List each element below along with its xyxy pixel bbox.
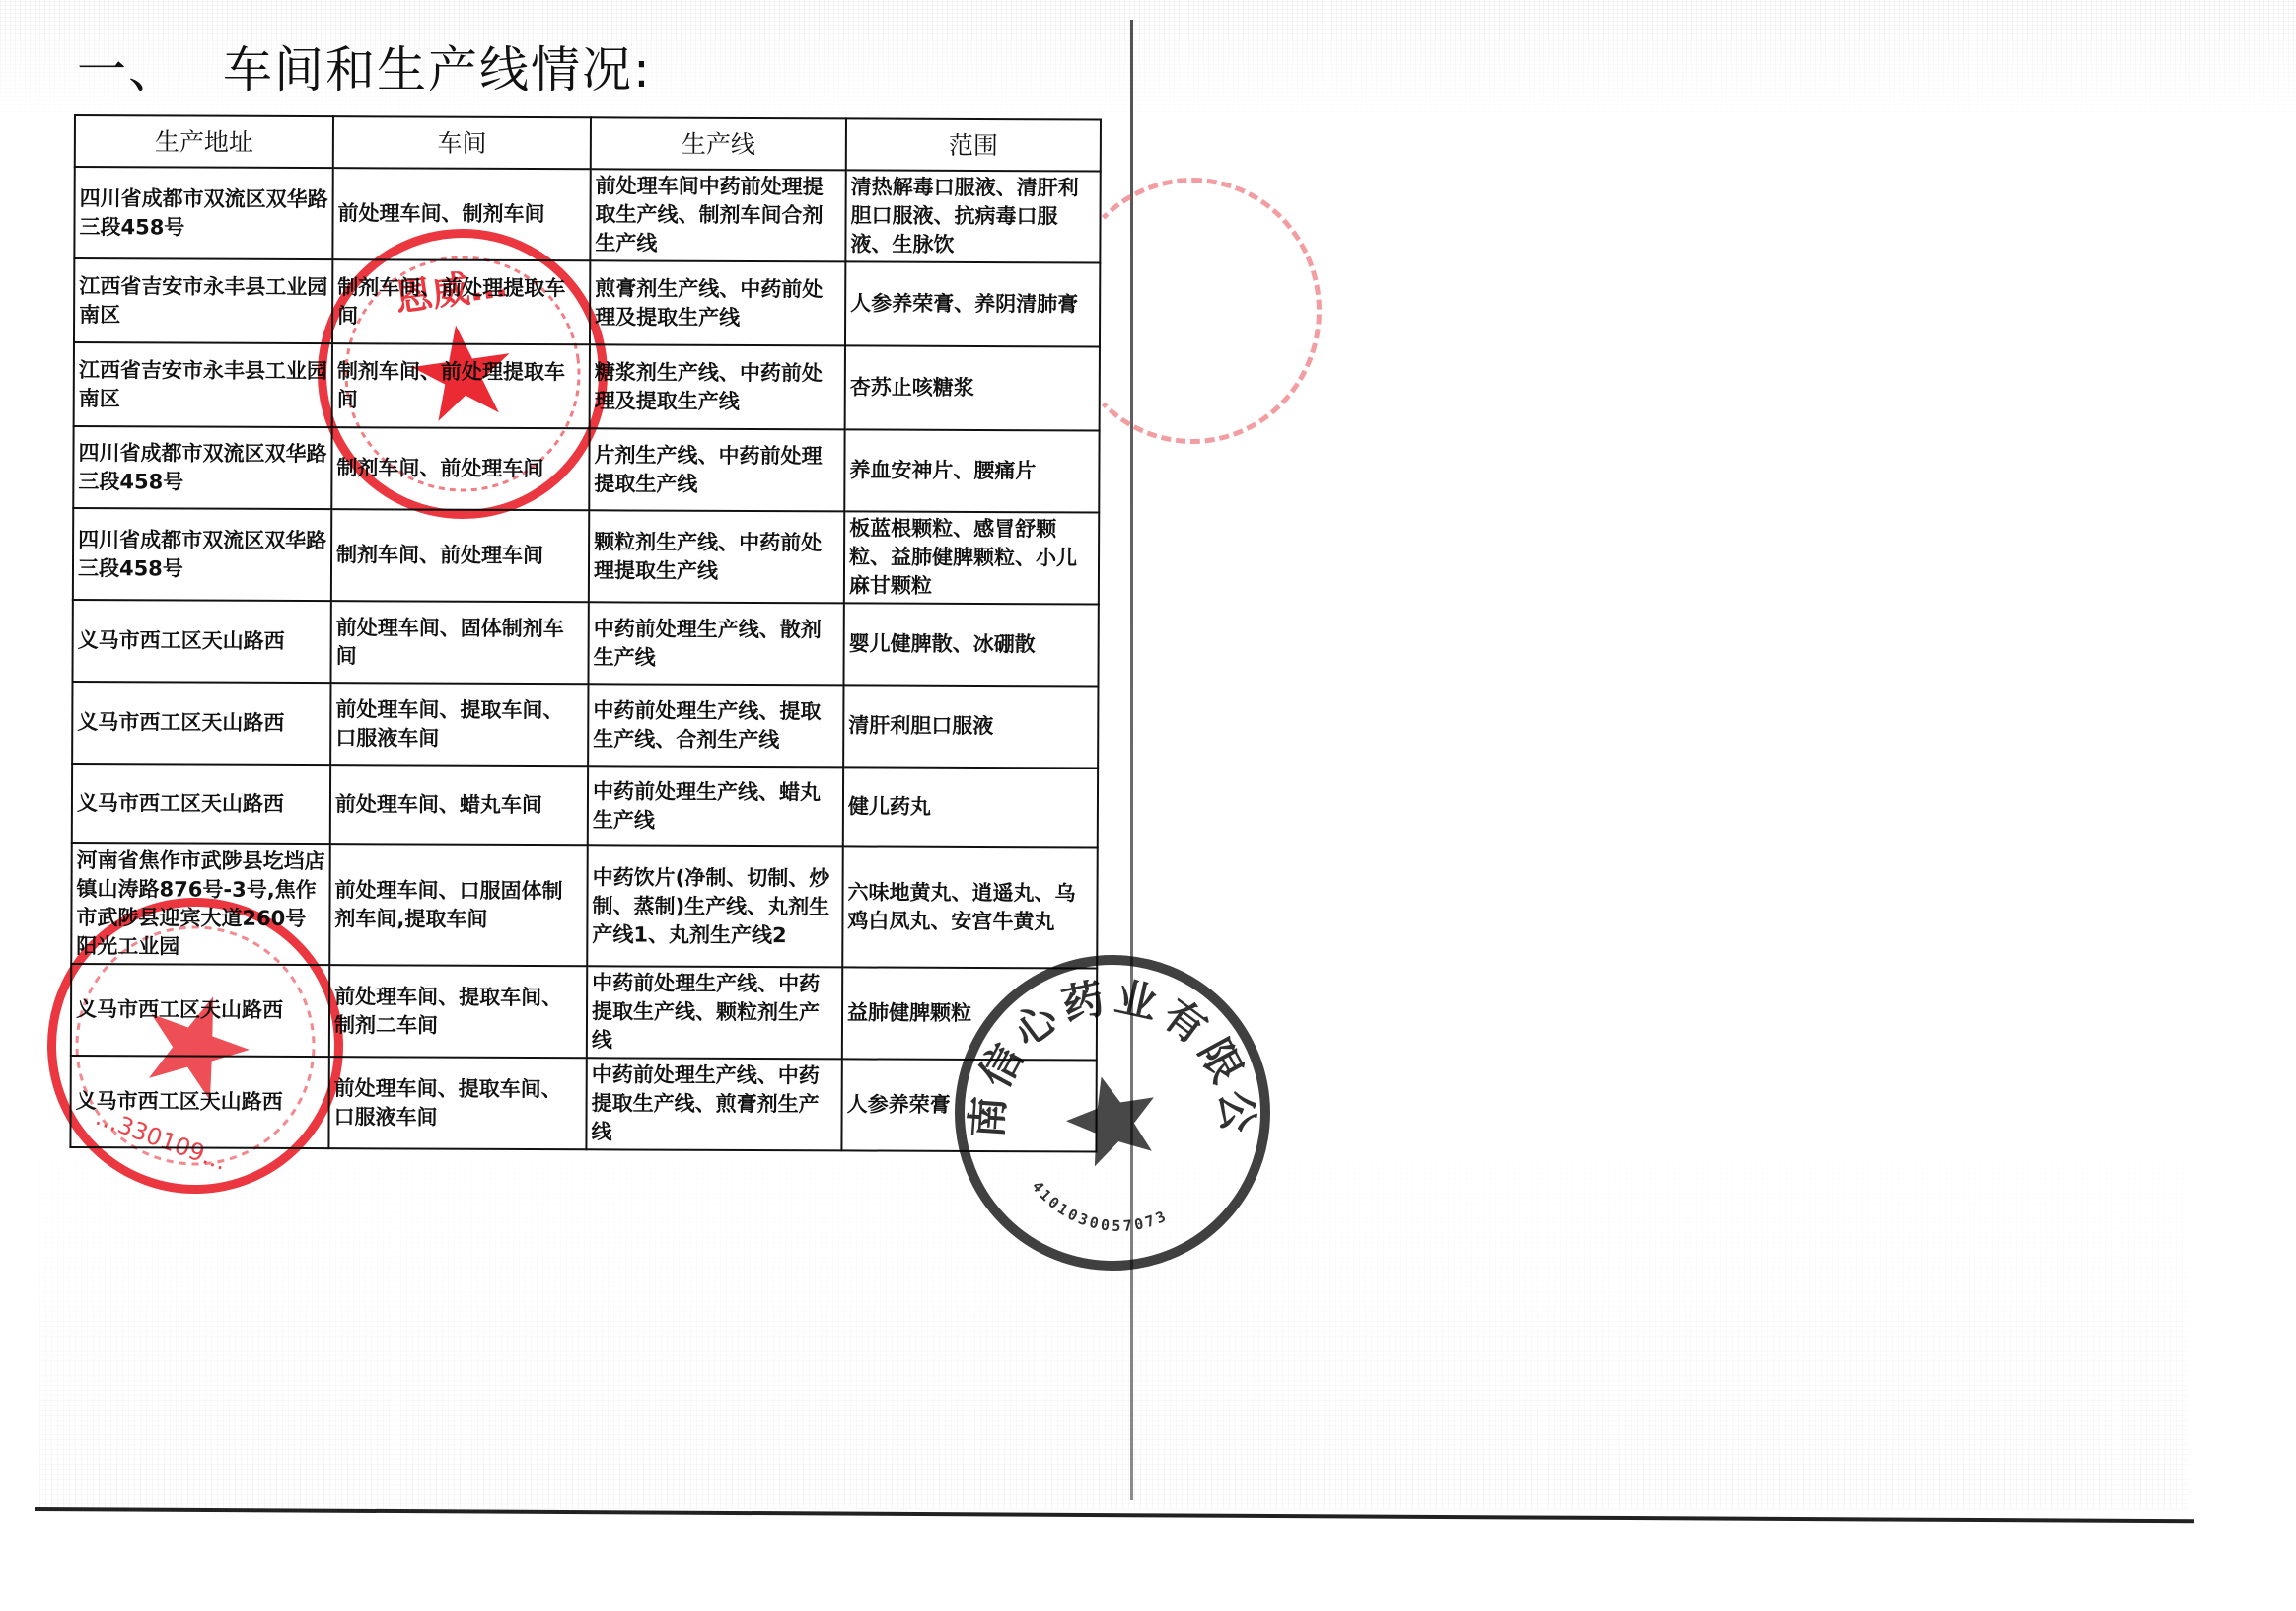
cell-workshop: 前处理车间、提取车间、口服液车间 — [328, 1057, 586, 1149]
cell-workshop: 制剂车间、前处理车间 — [331, 427, 589, 510]
cell-address: 江西省吉安市永丰县工业园南区 — [74, 258, 332, 343]
table-row: 河南省焦作市武陟县圪垱店镇山涛路876号-3号,焦作市武陟县迎宾大道260号阳光… — [71, 843, 1098, 969]
cell-scope: 益肺健脾颗粒 — [842, 967, 1097, 1060]
cell-scope: 人参养荣膏 — [841, 1059, 1096, 1151]
cell-scope: 清肝利胆口服液 — [843, 685, 1098, 768]
cell-production-line: 煎膏剂生产线、中药前处理及提取生产线 — [590, 260, 845, 345]
cell-production-line: 中药前处理生产线、蜡丸生产线 — [588, 766, 843, 846]
table-row: 义马市西工区天山路西前处理车间、蜡丸车间中药前处理生产线、蜡丸生产线健儿药丸 — [72, 764, 1098, 848]
cell-address: 义马市西工区天山路西 — [72, 764, 330, 844]
cell-workshop: 制剂车间、前处理车间 — [331, 509, 589, 602]
cell-address: 四川省成都市双流区双华路三段458号 — [73, 508, 331, 601]
cell-production-line: 中药前处理生产线、中药提取生产线、颗粒剂生产线 — [587, 966, 842, 1059]
cell-address: 义马市西工区天山路西 — [70, 1056, 328, 1148]
scan-noise-bottom — [39, 1144, 2189, 1509]
cell-workshop: 前处理车间、制剂车间 — [332, 168, 590, 260]
table-row: 四川省成都市双流区双华路三段458号制剂车间、前处理车间片剂生产线、中药前处理提… — [73, 426, 1099, 513]
cell-scope: 养血安神片、腰痛片 — [844, 429, 1099, 512]
header-address: 生产地址 — [75, 115, 333, 168]
cell-production-line: 中药前处理生产线、散剂生产线 — [588, 602, 843, 685]
cell-scope: 板蓝根颗粒、感冒舒颗粒、益肺健脾颗粒、小儿麻甘颗粒 — [844, 511, 1099, 604]
header-scope: 范围 — [846, 118, 1101, 171]
table-row: 义马市西工区天山路西前处理车间、提取车间、口服液车间中药前处理生产线、提取生产线… — [72, 682, 1098, 769]
cell-scope: 健儿药丸 — [843, 767, 1098, 847]
page-fold-line — [1130, 20, 1133, 1500]
table-row: 义马市西工区天山路西前处理车间、固体制剂车间中药前处理生产线、散剂生产线婴儿健脾… — [72, 600, 1098, 687]
section-title: 一、车间和生产线情况: — [77, 39, 652, 101]
table-row: 义马市西工区天山路西前处理车间、提取车间、口服液车间中药前处理生产线、中药提取生… — [70, 1056, 1096, 1152]
cell-production-line: 中药饮片(净制、切制、炒制、蒸制)生产线、丸剂生产线1、丸剂生产线2 — [587, 845, 843, 967]
cell-address: 河南省焦作市武陟县圪垱店镇山涛路876号-3号,焦作市武陟县迎宾大道260号阳光… — [71, 843, 330, 965]
workshop-production-line-table: 生产地址 车间 生产线 范围 四川省成都市双流区双华路三段458号前处理车间、制… — [69, 114, 1102, 1153]
cell-scope: 六味地黄丸、逍遥丸、乌鸡白凤丸、安宫牛黄丸 — [842, 846, 1098, 968]
table-header-row: 生产地址 车间 生产线 范围 — [75, 115, 1101, 172]
section-title-text: 车间和生产线情况: — [223, 41, 652, 99]
table-row: 江西省吉安市永丰县工业园南区制剂车间、前处理提取车间糖浆剂生产线、中药前处理及提… — [74, 342, 1100, 431]
cell-scope: 人参养荣膏、养阴清肺膏 — [845, 261, 1100, 346]
cell-scope: 清热解毒口服液、清肝利胆口服液、抗病毒口服液、生脉饮 — [845, 170, 1100, 262]
cell-address: 义马市西工区天山路西 — [72, 600, 330, 683]
cell-address: 四川省成都市双流区双华路三段458号 — [73, 426, 331, 509]
cell-scope: 杏苏止咳糖浆 — [845, 345, 1100, 430]
cell-scope: 婴儿健脾散、冰硼散 — [843, 603, 1098, 686]
cell-address: 义马市西工区天山路西 — [71, 964, 329, 1057]
table-row: 四川省成都市双流区双华路三段458号制剂车间、前处理车间颗粒剂生产线、中药前处理… — [73, 508, 1099, 605]
page-bottom-rule — [35, 1507, 2194, 1523]
header-workshop: 车间 — [333, 116, 591, 169]
cell-workshop: 前处理车间、固体制剂车间 — [330, 601, 588, 684]
cell-production-line: 中药前处理生产线、中药提取生产线、煎膏剂生产线 — [586, 1058, 841, 1150]
faint-red-seal-arc — [1063, 178, 1322, 444]
cell-workshop: 前处理车间、蜡丸车间 — [330, 765, 588, 845]
table-row: 义马市西工区天山路西前处理车间、提取车间、制剂二车间中药前处理生产线、中药提取生… — [71, 964, 1097, 1061]
section-number: 一、 — [77, 41, 179, 99]
cell-workshop: 前处理车间、提取车间、制剂二车间 — [329, 965, 587, 1058]
cell-address: 四川省成都市双流区双华路三段458号 — [74, 167, 332, 259]
cell-production-line: 糖浆剂生产线、中药前处理及提取生产线 — [590, 344, 845, 429]
cell-production-line: 中药前处理生产线、提取生产线、合剂生产线 — [588, 684, 843, 767]
cell-production-line: 片剂生产线、中药前处理提取生产线 — [589, 428, 844, 511]
table-row: 江西省吉安市永丰县工业园南区制剂车间、前处理提取车间煎膏剂生产线、中药前处理及提… — [74, 258, 1100, 347]
table-row: 四川省成都市双流区双华路三段458号前处理车间、制剂车间前处理车间中药前处理提取… — [74, 167, 1100, 263]
cell-production-line: 颗粒剂生产线、中药前处理提取生产线 — [589, 510, 844, 603]
cell-address: 江西省吉安市永丰县工业园南区 — [74, 342, 332, 427]
cell-workshop: 前处理车间、口服固体制剂车间,提取车间 — [329, 844, 588, 966]
cell-address: 义马市西工区天山路西 — [72, 682, 330, 765]
cell-workshop: 制剂车间、前处理提取车间 — [332, 343, 590, 428]
cell-workshop: 制剂车间、前处理提取车间 — [332, 259, 590, 344]
cell-workshop: 前处理车间、提取车间、口服液车间 — [330, 683, 588, 766]
header-production-line: 生产线 — [591, 117, 846, 170]
cell-production-line: 前处理车间中药前处理提取生产线、制剂车间合剂生产线 — [590, 169, 845, 261]
